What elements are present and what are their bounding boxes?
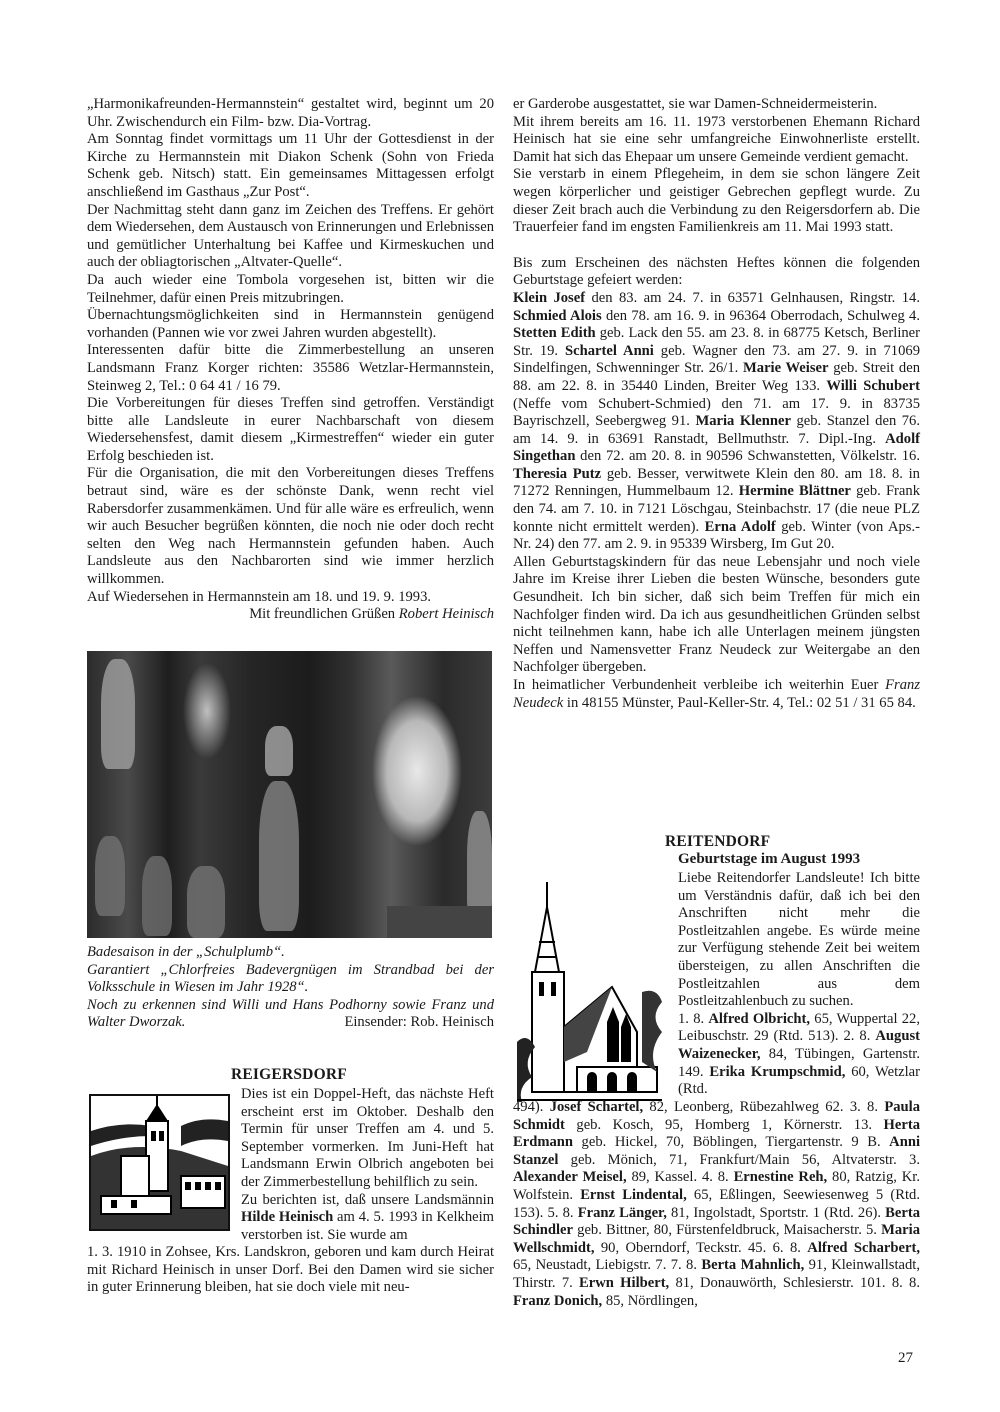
right-column: er Garderobe ausgestattet, sie war Damen…: [513, 96, 920, 712]
deceased-name: Hilde Heinisch: [241, 1209, 333, 1225]
photo-caption: Badesaison in der „Schulplumb“. Garantie…: [87, 944, 494, 1032]
signature-name: Robert Heinisch: [399, 606, 494, 622]
paragraph: Mit ihrem bereits am 16. 11. 1973 versto…: [513, 114, 920, 167]
church-with-spire-image: [517, 862, 662, 1102]
reigersdorf-text-continued: 1. 3. 1910 in Zohsee, Krs. Landskron, ge…: [87, 1244, 494, 1297]
village-church-woodcut-image: [89, 1094, 230, 1231]
page-number: 27: [898, 1350, 913, 1367]
left-column: „Harmonikafreunden-Hermannstein“ gestalt…: [87, 96, 494, 624]
section-title-reigersdorf: REIGERSDORF: [231, 1066, 347, 1084]
paragraph: Für die Organisation, die mit den Vorber…: [87, 465, 494, 588]
birthday-list: Klein Josef den 83. am 24. 7. in 63571 G…: [513, 290, 920, 554]
bathing-children-photo: [87, 651, 492, 938]
reigersdorf-text: Dies ist ein Doppel-Heft, das nächste He…: [241, 1086, 494, 1244]
photo-sender: Einsender: Rob. Heinisch: [344, 1014, 494, 1032]
paragraph: Der Nachmittag steht dann ganz im Zeiche…: [87, 202, 494, 272]
section-title-reitendorf: REITENDORF: [665, 833, 770, 851]
closing-paragraph: In heimatlicher Verbundenheit verbleibe …: [513, 677, 920, 712]
paragraph: Übernachtungsmöglichkeiten sind in Herma…: [87, 307, 494, 342]
reitendorf-birthdays-continued: 494). Josef Schartel, 82, Leonberg, Rübe…: [513, 1099, 920, 1310]
reitendorf-birthdays-top: 1. 8. Alfred Olbricht, 65, Wuppertal 22,…: [678, 1011, 920, 1099]
paragraph: Da auch wieder eine Tombola vorgesehen i…: [87, 272, 494, 307]
paragraph: er Garderobe ausgestattet, sie war Damen…: [513, 96, 920, 114]
signature: Mit freundlichen Grüßen Robert Heinisch: [87, 606, 494, 624]
paragraph: Auf Wiedersehen in Hermannstein am 18. u…: [87, 589, 494, 607]
paragraph: Am Sonntag findet vormittags um 11 Uhr d…: [87, 131, 494, 201]
paragraph: Interessenten dafür bitte die Zimmerbest…: [87, 342, 494, 395]
birthdays-intro: Bis zum Erscheinen des nächsten Heftes k…: [513, 255, 920, 290]
section-subtitle: Geburtstage im August 1993: [678, 851, 860, 868]
reitendorf-text: Liebe Reitendorfer Landsleute! Ich bitte…: [678, 870, 920, 1099]
paragraph: Die Vorbereitungen für dieses Treffen si…: [87, 395, 494, 465]
paragraph: „Harmonikafreunden-Hermannstein“ gestalt…: [87, 96, 494, 131]
wishes-paragraph: Allen Geburtstagskindern für das neue Le…: [513, 554, 920, 677]
paragraph: Sie verstarb in einem Pflegeheim, in dem…: [513, 166, 920, 236]
